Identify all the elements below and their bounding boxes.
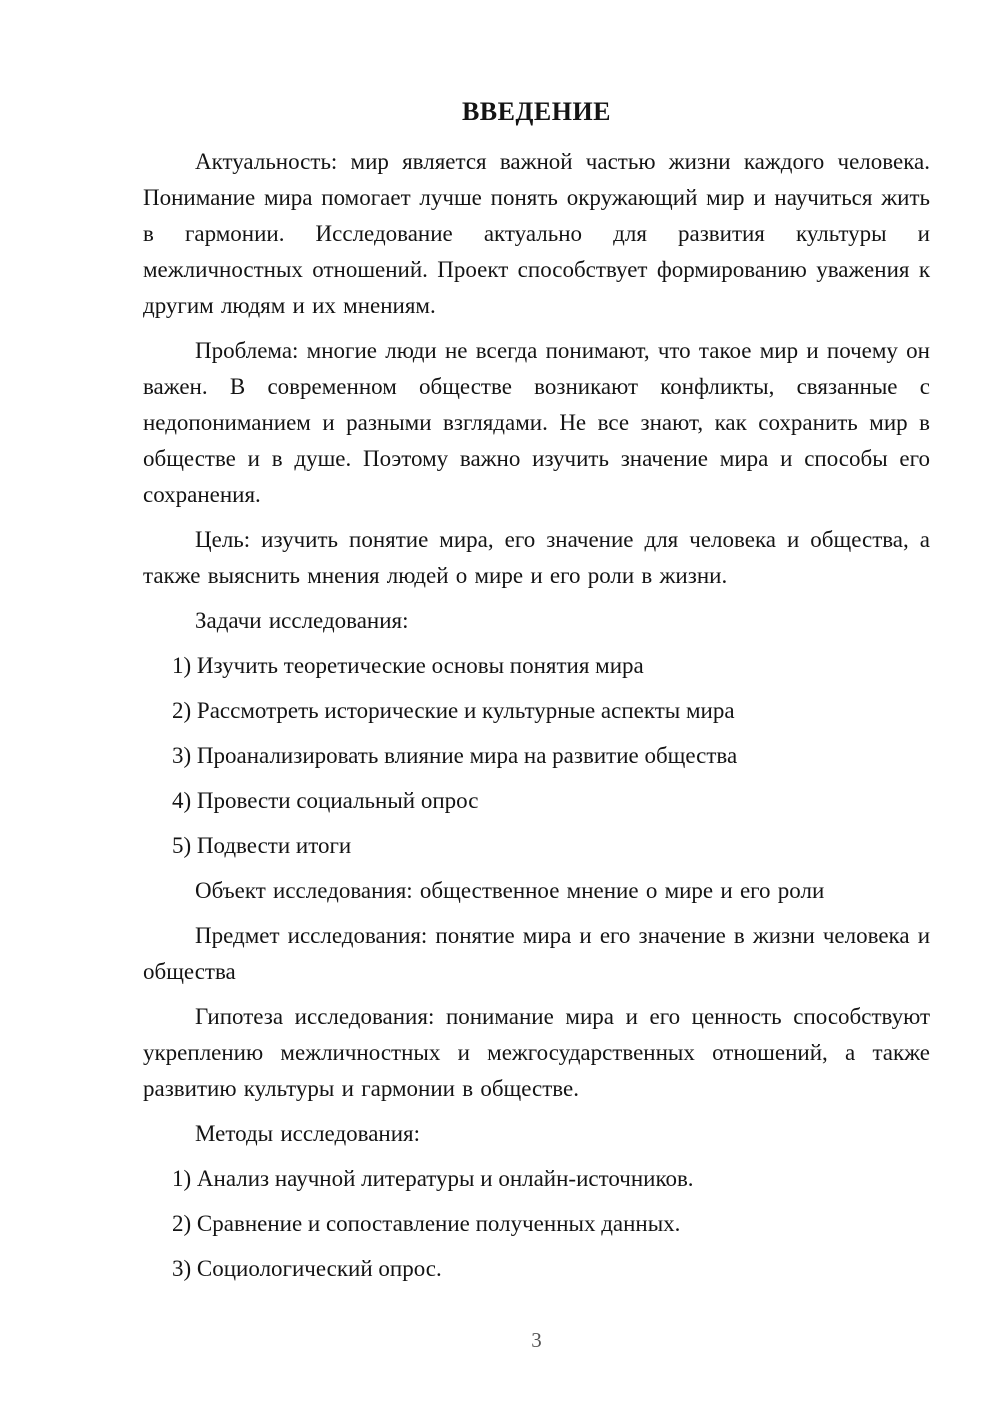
method-item-1: 1) Анализ научной литературы и онлайн-ис… [143,1161,930,1197]
document-title: ВВЕДЕНИЕ [143,94,930,130]
page-number: 3 [143,1328,930,1353]
paragraph-goal: Цель: изучить понятие мира, его значение… [143,522,930,594]
task-item-4: 4) Провести социальный опрос [143,783,930,819]
task-item-2: 2) Рассмотреть исторические и культурные… [143,693,930,729]
task-item-3: 3) Проанализировать влияние мира на разв… [143,738,930,774]
task-item-5: 5) Подвести итоги [143,828,930,864]
tasks-heading: Задачи исследования: [143,603,930,639]
paragraph-hypothesis: Гипотеза исследования: понимание мира и … [143,999,930,1107]
paragraph-relevance: Актуальность: мир является важной частью… [143,144,930,324]
document-page: ВВЕДЕНИЕ Актуальность: мир является важн… [0,0,1000,1414]
task-item-1: 1) Изучить теоретические основы понятия … [143,648,930,684]
method-item-3: 3) Социологический опрос. [143,1251,930,1287]
paragraph-subject: Предмет исследования: понятие мира и его… [143,918,930,990]
paragraph-object: Объект исследования: общественное мнение… [143,873,930,909]
paragraph-problem: Проблема: многие люди не всегда понимают… [143,333,930,513]
method-item-2: 2) Сравнение и сопоставление полученных … [143,1206,930,1242]
methods-heading: Методы исследования: [143,1116,930,1152]
